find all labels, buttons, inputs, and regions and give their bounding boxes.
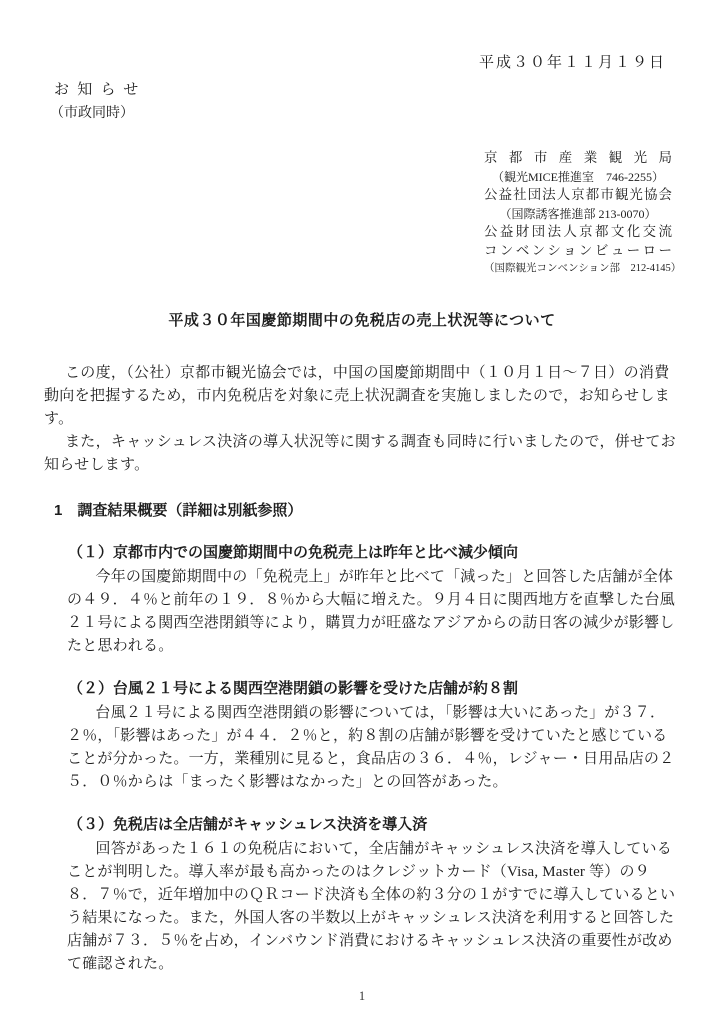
results-overview-heading: 1 調査結果概要（詳細は別紙参照） <box>54 499 680 522</box>
notice-block: お知らせ （市政同時） <box>44 79 680 125</box>
sender-org-1-contact: （観光MICE推進室 746-2255） <box>484 168 672 187</box>
intro-block: この度，（公社）京都市観光協会では，中国の国慶節期間中（１０月１日～７日）の消費… <box>44 362 680 477</box>
notice-label: お知らせ <box>54 79 680 102</box>
result-section-1-body: 今年の国慶節期間中の「免税売上」が昨年と比べて「減った」と回答した店舗が全体の４… <box>67 566 680 658</box>
page-number: 1 <box>0 985 724 1008</box>
result-section-1: （１）京都市内での国慶節期間中の免税売上は昨年と比べ減少傾向 今年の国慶節期間中… <box>44 541 680 658</box>
press-release-page: 平成３０年１１月１９日 お知らせ （市政同時） 京都市産業観光局 （観光MICE… <box>0 0 724 1024</box>
result-section-2-body: 台風２１号による関西空港閉鎖の影響については，「影響は大いにあった」が３７．２％… <box>67 702 680 794</box>
notice-subtitle: （市政同時） <box>50 102 680 125</box>
intro-paragraph-2: また，キャッシュレス決済の導入状況等に関する調査も同時に行いましたので，併せてお… <box>44 431 680 477</box>
result-section-3: （３）免税店は全店舗がキャッシュレス決済を導入済 回答があった１６１の免税店にお… <box>44 813 680 976</box>
sender-org-3-line-2: コンベンションビューロー <box>484 242 672 261</box>
sender-org-2-contact: （国際誘客推進部 213-0070） <box>484 205 672 224</box>
result-section-2-heading: （２）台風２１号による関西空港閉鎖の影響を受けた店舗が約８割 <box>68 677 680 700</box>
sender-org-2: 公益社団法人京都市観光協会 <box>484 186 672 205</box>
sender-org-1: 京都市産業観光局 <box>484 149 672 168</box>
document-title: 平成３０年国慶節期間中の免税店の売上状況等について <box>44 309 680 332</box>
document-date: 平成３０年１１月１９日 <box>44 52 666 75</box>
result-section-3-heading: （３）免税店は全店舗がキャッシュレス決済を導入済 <box>68 813 680 836</box>
sender-org-3-line-1: 公益財団法人京都文化交流 <box>484 223 672 242</box>
sender-org-3-contact: （国際観光コンベンション部 212-4145） <box>484 260 672 279</box>
sender-block: 京都市産業観光局 （観光MICE推進室 746-2255） 公益社団法人京都市観… <box>484 149 672 279</box>
result-section-2: （２）台風２１号による関西空港閉鎖の影響を受けた店舗が約８割 台風２１号による関… <box>44 677 680 794</box>
result-section-1-heading: （１）京都市内での国慶節期間中の免税売上は昨年と比べ減少傾向 <box>68 541 680 564</box>
result-section-3-body: 回答があった１６１の免税店において，全店舗がキャッシュレス決済を導入していること… <box>67 838 680 976</box>
intro-paragraph-1: この度，（公社）京都市観光協会では，中国の国慶節期間中（１０月１日～７日）の消費… <box>44 362 680 431</box>
